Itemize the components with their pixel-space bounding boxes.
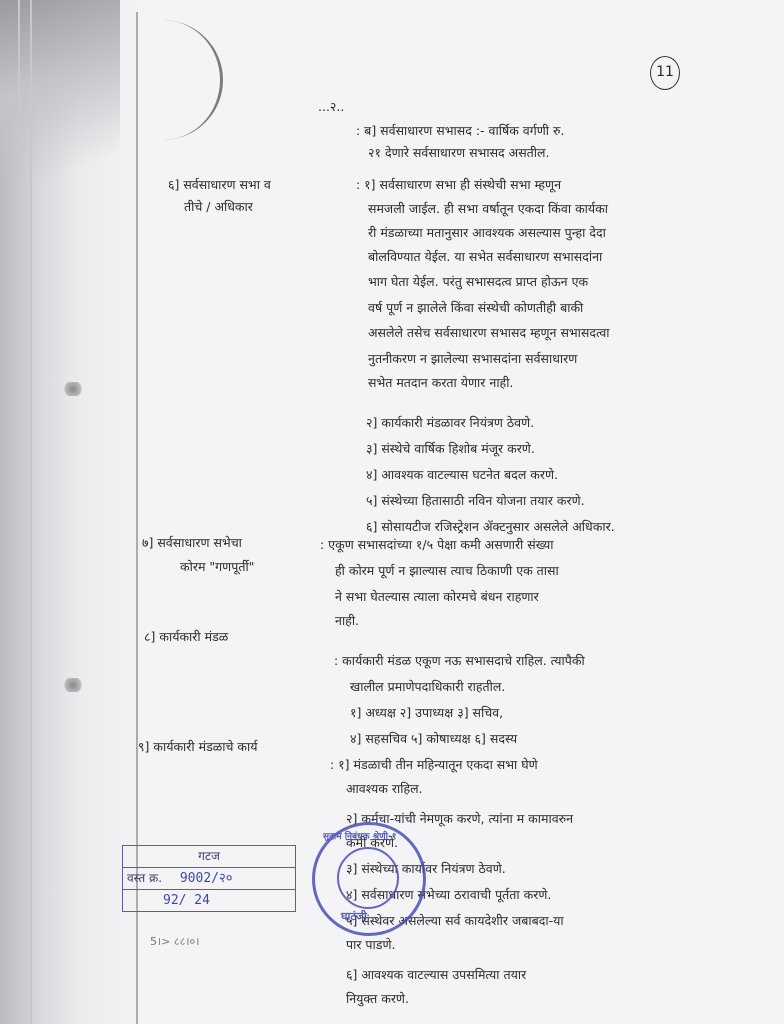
continuation-marker: ...२.. — [318, 96, 344, 118]
section-7-line: ने सभा घेतल्यास त्याला कोरमचे बंधन राहणा… — [335, 586, 539, 608]
section-9-line: नियुक्त करणे. — [346, 988, 409, 1010]
stamp-box-row3-value: 92/ 24 — [163, 893, 210, 908]
seal-text-top: सुदाम निबंधक श्रेणी-१ — [323, 829, 396, 842]
punch-hole — [62, 382, 84, 396]
section-b-line: २१ देणारे सर्वसाधारण सभासद असतील. — [368, 142, 549, 164]
section-9-line: आवश्यक राहिल. — [346, 778, 423, 800]
section-6-line: वर्ष पूर्ण न झालेले किंवा संस्थेची कोणती… — [368, 297, 583, 319]
section-7-line: : एकूण सभासदांच्या १/५ पेक्षा कमी असणारी… — [320, 534, 554, 556]
section-8-label: ८] कार्यकारी मंडळ — [144, 626, 228, 648]
section-8-line: खालील प्रमाणेपदाधिकारी राहतील. — [350, 676, 505, 698]
section-6-line: भाग घेता येईल. परंतु सभासदत्व प्राप्त हो… — [368, 271, 588, 293]
section-6-line: असलेले तसेच सर्वसाधारण सभासद म्हणून सभास… — [368, 322, 610, 344]
section-9-label: ९] कार्यकारी मंडळाचे कार्य — [138, 736, 258, 758]
emblem-icon — [337, 847, 399, 909]
section-9-line: : १] मंडळाची तीन महिन्यातून एकदा सभा घेण… — [330, 754, 538, 776]
section-6-line: नुतनीकरण न झालेल्या सभासदांना सर्वसाधारण — [368, 348, 577, 370]
section-7-label: ७] सर्वसाधारण सभेचा — [142, 532, 242, 554]
section-7-line: नाही. — [335, 610, 359, 632]
section-9-line: पार पाडणे. — [346, 934, 395, 956]
file-number-label: वस्त क्र. — [127, 871, 162, 885]
seal-text-bottom: घाटंजी — [341, 909, 367, 924]
stamp-box-row3: 92/ 24 — [123, 890, 295, 911]
section-9-line: ६] आवश्यक वाटल्यास उपसमित्या तयार — [346, 964, 526, 986]
section-b-line: : ब] सर्वसाधारण सभासद :- वार्षिक वर्गणी … — [356, 120, 564, 142]
section-6-item: ४] आवश्यक वाटल्यास घटनेत बदल करणे. — [366, 464, 558, 486]
official-seal: सुदाम निबंधक श्रेणी-१ घाटंजी — [312, 822, 426, 936]
section-6-label: ६] सर्वसाधारण सभा व — [168, 174, 271, 196]
stamp-box-title: गटज — [123, 846, 295, 868]
section-6-line: सभेत मतदान करता येणार नाही. — [368, 372, 513, 394]
page-number: 11 — [650, 56, 680, 90]
punch-hole — [62, 678, 84, 692]
file-number-value: 9002/२० — [180, 871, 233, 886]
section-6-item: ५] संस्थेच्या हितासाठी नविन योजना तयार क… — [366, 490, 585, 512]
section-6-label: तीचे / अधिकार — [184, 196, 253, 218]
section-8-line: १] अध्यक्ष २] उपाध्यक्ष ३] सचिव, — [350, 702, 503, 724]
section-8-line: ४] सहसचिव ५] कोषाध्यक्ष ६] सदस्य — [350, 728, 517, 750]
section-6-line: री मंडळाच्या मतानुसार आवश्यक असल्यास पुन… — [368, 222, 606, 244]
page-edge — [18, 0, 20, 1024]
section-6-item: २] कार्यकारी मंडळावर नियंत्रण ठेवणे. — [366, 412, 534, 434]
page-edge — [30, 0, 32, 1024]
section-6-item: ३] संस्थेचे वार्षिक हिशोब मंजूर करणे. — [366, 438, 535, 460]
section-8-line: : कार्यकारी मंडळ एकूण नऊ सभासदाचे राहिल.… — [334, 650, 585, 672]
punch-hole-arc — [150, 20, 223, 140]
section-6-line: समजली जाईल. ही सभा वर्षातून एकदा किंवा क… — [368, 198, 608, 220]
section-7-line: ही कोरम पूर्ण न झाल्यास त्याच ठिकाणी एक … — [335, 560, 559, 582]
section-6-line: : १] सर्वसाधारण सभा ही संस्थेची सभा म्हण… — [356, 174, 561, 196]
section-6-line: बोलविण्यात येईल. या सभेत सर्वसाधारण सभास… — [368, 246, 602, 268]
pencil-note: 5।> ८८।०। — [150, 934, 199, 949]
section-7-label: कोरम "गणपूर्ती" — [180, 556, 254, 578]
registration-stamp-box: गटज वस्त क्र. 9002/२० 92/ 24 — [122, 845, 296, 912]
stamp-box-file-number: वस्त क्र. 9002/२० — [123, 868, 295, 890]
